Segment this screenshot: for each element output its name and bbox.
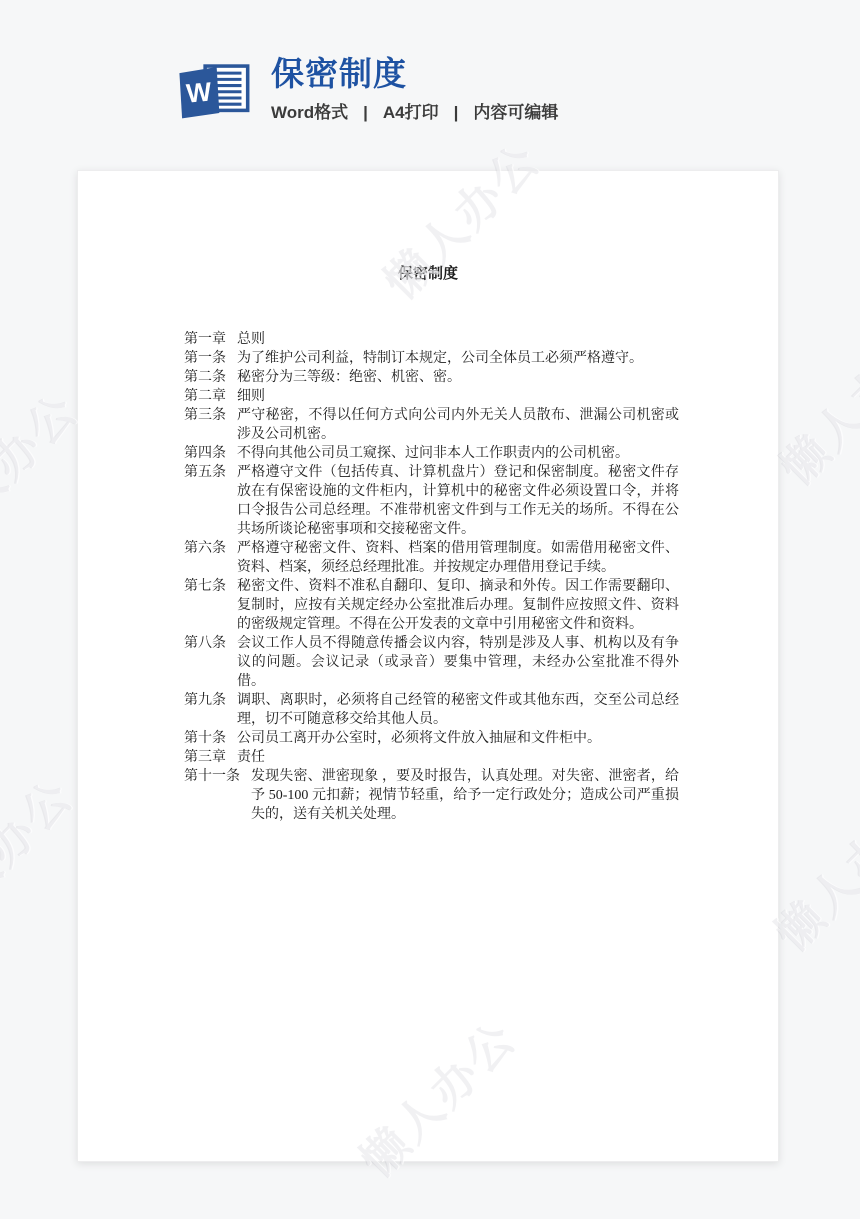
doc-item-text: 责任 <box>237 748 679 767</box>
word-icon-letter: W <box>185 76 214 108</box>
doc-chapter-heading: 第一章 总则 <box>184 330 679 349</box>
doc-item: 第十条 公司员工离开办公室时，必须将文件放入抽屉和文件柜中。 <box>184 729 679 748</box>
doc-item-label: 第三条 <box>184 406 226 444</box>
doc-item: 第一条 为了维护公司利益，特制订本规定，公司全体员工必须严格遵守。 <box>184 349 679 368</box>
page-subtitle: Word格式|A4打印|内容可编辑 <box>271 103 558 123</box>
doc-item: 第八条 会议工作人员不得随意传播会议内容，特别是涉及人事、机构以及有争议的问题。… <box>184 634 679 691</box>
doc-item-label: 第六条 <box>184 539 226 577</box>
doc-item-label: 第十一条 <box>184 767 240 824</box>
doc-item: 第九条 调职、离职时，必须将自己经管的秘密文件或其他东西，交至公司总经理，切不可… <box>184 691 679 729</box>
document-body: 第一章 总则 第一条 为了维护公司利益，特制订本规定，公司全体员工必须严格遵守。… <box>184 330 679 824</box>
doc-item: 第二条 秘密分为三等级：绝密、机密、密。 <box>184 368 679 387</box>
page-background: 懒人办公 懒人办公 懒人办公 懒人办公 懒人办公 懒人办公 W 保密制度 <box>0 0 860 1219</box>
watermark-text: 懒人办公 <box>0 762 86 947</box>
doc-item-text: 为了维护公司利益，特制订本规定，公司全体员工必须严格遵守。 <box>237 349 679 368</box>
page-title: 保密制度 <box>271 56 558 92</box>
subtitle-print: A4打印 <box>383 103 439 122</box>
doc-item-text: 调职、离职时，必须将自己经管的秘密文件或其他东西，交至公司总经理，切不可随意移交… <box>237 691 679 729</box>
doc-item-text: 严格遵守文件（包括传真、计算机盘片）登记和保密制度。秘密文件存放在有保密设施的文… <box>237 463 679 539</box>
doc-item: 第四条 不得向其他公司员工窥探、过问非本人工作职责内的公司机密。 <box>184 444 679 463</box>
doc-item-label: 第二条 <box>184 368 226 387</box>
doc-item-text: 严格遵守秘密文件、资料、档案的借用管理制度。如需借用秘密文件、资料、档案，须经总… <box>237 539 679 577</box>
doc-item: 第十一条 发现失密、泄密现象 ，要及时报告，认真处理。对失密、泄密者，给予 50… <box>184 767 679 824</box>
subtitle-format: Word格式 <box>271 103 348 122</box>
subtitle-editable: 内容可编辑 <box>473 103 558 122</box>
doc-item-text: 会议工作人员不得随意传播会议内容，特别是涉及人事、机构以及有争议的问题。会议记录… <box>237 634 679 691</box>
doc-item-text: 总则 <box>237 330 679 349</box>
doc-item-text: 发现失密、泄密现象 ，要及时报告，认真处理。对失密、泄密者，给予 50-100 … <box>251 767 679 824</box>
subtitle-separator: | <box>454 103 459 122</box>
document-title: 保密制度 <box>78 265 778 284</box>
site-header: W 保密制度 Word格式|A4打印|内容可编辑 <box>175 56 558 123</box>
doc-item-label: 第三章 <box>184 748 226 767</box>
doc-item-text: 秘密文件、资料不准私自翻印、复印、摘录和外传。因工作需要翻印、复制时，应按有关规… <box>237 577 679 634</box>
doc-item-label: 第九条 <box>184 691 226 729</box>
doc-item-label: 第四条 <box>184 444 226 463</box>
header-title-block: 保密制度 Word格式|A4打印|内容可编辑 <box>271 56 558 123</box>
doc-item-text: 不得向其他公司员工窥探、过问非本人工作职责内的公司机密。 <box>237 444 679 463</box>
doc-item-label: 第七条 <box>184 577 226 634</box>
doc-item-label: 第八条 <box>184 634 226 691</box>
doc-item-text: 细则 <box>237 387 679 406</box>
doc-item-label: 第十条 <box>184 729 226 748</box>
doc-item: 第七条 秘密文件、资料不准私自翻印、复印、摘录和外传。因工作需要翻印、复制时，应… <box>184 577 679 634</box>
doc-item: 第五条 严格遵守文件（包括传真、计算机盘片）登记和保密制度。秘密文件存放在有保密… <box>184 463 679 539</box>
subtitle-separator: | <box>363 103 368 122</box>
doc-chapter-heading: 第三章 责任 <box>184 748 679 767</box>
doc-item: 第六条 严格遵守秘密文件、资料、档案的借用管理制度。如需借用秘密文件、资料、档案… <box>184 539 679 577</box>
doc-item: 第三条 严守秘密，不得以任何方式向公司内外无关人员散布、泄漏公司机密或涉及公司机… <box>184 406 679 444</box>
doc-item-label: 第五条 <box>184 463 226 539</box>
doc-item-label: 第一条 <box>184 349 226 368</box>
document-page: 保密制度 第一章 总则 第一条 为了维护公司利益，特制订本规定，公司全体员工必须… <box>77 170 779 1162</box>
doc-item-label: 第一章 <box>184 330 226 349</box>
doc-item-label: 第二章 <box>184 387 226 406</box>
doc-item-text: 严守秘密，不得以任何方式向公司内外无关人员散布、泄漏公司机密或涉及公司机密。 <box>237 406 679 444</box>
ms-word-icon: W <box>175 59 253 121</box>
doc-item-text: 公司员工离开办公室时，必须将文件放入抽屉和文件柜中。 <box>237 729 679 748</box>
doc-chapter-heading: 第二章 细则 <box>184 387 679 406</box>
doc-item-text: 秘密分为三等级：绝密、机密、密。 <box>237 368 679 387</box>
